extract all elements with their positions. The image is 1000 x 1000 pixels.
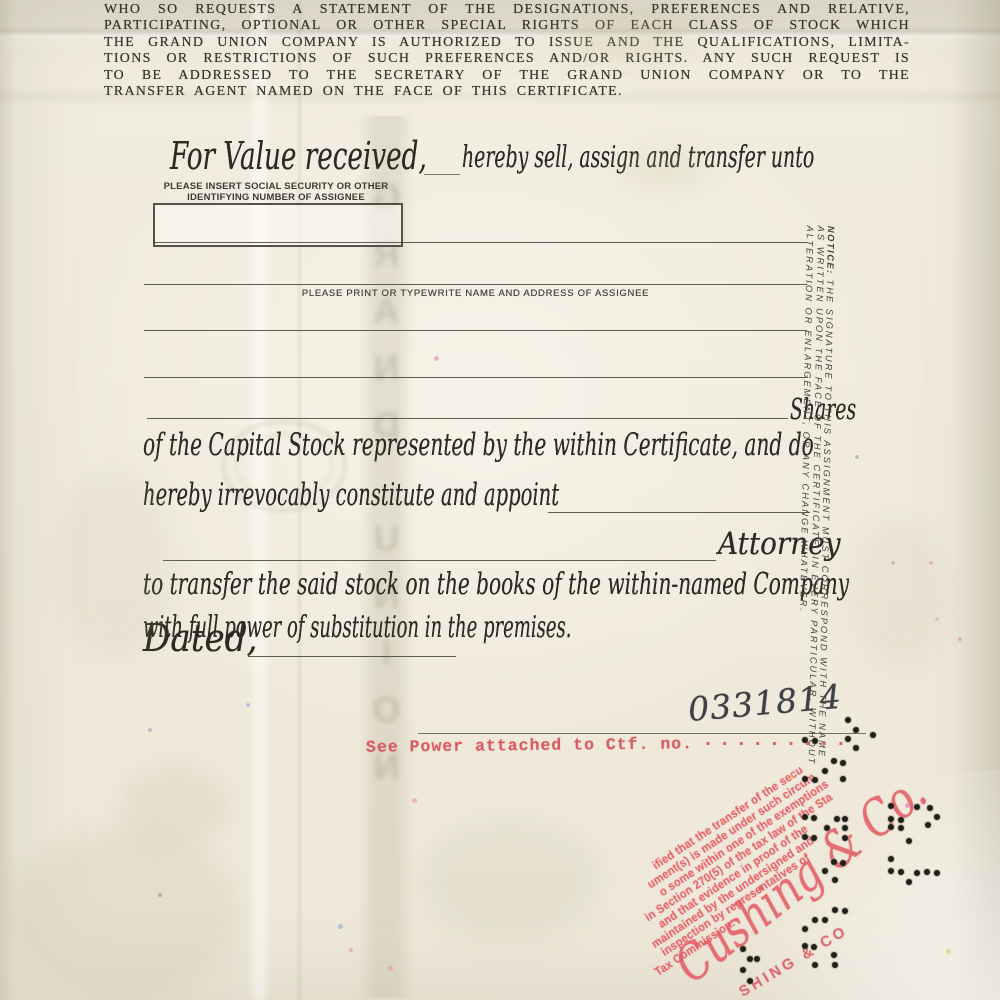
ssn-instruction: PLEASE INSERT SOCIAL SECURITY OR OTHER I… [150, 181, 402, 203]
paper-stain [60, 470, 170, 660]
attorney-write-in-line [163, 560, 716, 561]
punch-hole [840, 760, 846, 766]
punch-hole [812, 962, 818, 968]
paper-speck [412, 798, 417, 803]
paper-speck [946, 949, 951, 954]
punch-hole [906, 838, 912, 844]
write-in-line-4 [144, 377, 807, 378]
paper-speck [958, 637, 962, 641]
punch-hole [754, 956, 760, 962]
punch-hole [831, 952, 837, 958]
paper-stain [10, 830, 240, 1000]
punch-hole [802, 814, 808, 820]
transfer-books-script: to transfer the said stock on the books … [143, 567, 849, 602]
ssn-instruction-line1: PLEASE INSERT SOCIAL SECURITY OR OTHER [150, 181, 402, 192]
punch-hole [832, 962, 838, 968]
punch-hole [898, 825, 904, 831]
left-edge-shadow [0, 0, 16, 1000]
punch-hole [740, 946, 746, 952]
punch-hole [824, 825, 830, 831]
certificate-reverse-page: GRAND UNION WHO SO REQUESTS A STATEMENT … [0, 0, 1000, 1000]
punch-hole [802, 737, 808, 743]
paper-speck [790, 775, 794, 779]
punch-hole [831, 758, 837, 764]
notice-label: NOTICE: [825, 226, 836, 275]
paper-speck [388, 966, 393, 971]
legal-line: PARTICIPATING, OPTIONAL OR OTHER SPECIAL… [104, 18, 910, 34]
punch-hole [906, 879, 912, 885]
legal-line: TIONS OR RESTRICTIONS OF SUCH PREFERENCE… [104, 51, 910, 67]
punch-hole [802, 776, 808, 782]
punch-hole [811, 815, 817, 821]
punch-hole [802, 834, 808, 840]
shares-line [147, 418, 788, 419]
write-in-line-3 [144, 330, 807, 331]
write-in-line-1 [153, 242, 807, 243]
punch-hole [888, 803, 894, 809]
punch-hole [822, 768, 828, 774]
assignee-instruction: PLEASE PRINT OR TYPEWRITE NAME AND ADDRE… [144, 288, 807, 299]
punch-hole [914, 870, 920, 876]
punch-hole [934, 814, 940, 820]
punch-hole [898, 869, 904, 875]
paper-stain [420, 820, 600, 940]
punch-hole [888, 816, 894, 822]
legal-line: WHO SO REQUESTS A STATEMENT OF THE DESIG… [104, 2, 910, 18]
punch-hole [842, 908, 848, 914]
punch-hole [802, 926, 808, 932]
punch-hole [842, 825, 848, 831]
paper-stain [560, 15, 690, 60]
punch-hole [914, 804, 920, 810]
punch-hole [834, 816, 840, 822]
ssn-instruction-line2: IDENTIFYING NUMBER OF ASSIGNEE [150, 192, 402, 203]
punch-hole [740, 967, 746, 973]
punch-hole [845, 717, 851, 723]
paper-stain [120, 765, 230, 845]
paper-stain [620, 150, 710, 190]
capital-stock-script: of the Capital Stock represented by the … [143, 427, 814, 463]
punch-hole [747, 978, 753, 984]
punch-hole [888, 824, 894, 830]
legal-notice-paragraph: WHO SO REQUESTS A STATEMENT OF THE DESIG… [104, 2, 910, 101]
paper-speck [434, 356, 439, 361]
paper-speck [905, 803, 910, 808]
paper-speck [148, 728, 152, 732]
write-in-line-2 [144, 284, 807, 285]
paper-speck [338, 924, 343, 929]
legal-line: TRANSFER AGENT NAMED ON THE FACE OF THIS… [104, 84, 910, 100]
punch-hole [925, 822, 931, 828]
paper-speck [246, 703, 250, 707]
punch-hole [927, 805, 933, 811]
punch-hole [924, 869, 930, 875]
punch-hole [840, 860, 846, 866]
punch-hole [831, 859, 837, 865]
legal-line: TO BE ADDRESSED TO THE SECRETARY OF THE … [104, 68, 910, 84]
punch-hole [853, 727, 859, 733]
punch-hole [822, 917, 828, 923]
punch-hole [888, 856, 894, 862]
appoint-script: hereby irrevocably constitute and appoin… [143, 477, 559, 513]
see-power-stamp: See Power attached to Ctf. no. [366, 734, 693, 756]
punch-hole [934, 870, 940, 876]
for-value-received-script: For Value received, [170, 134, 427, 178]
punch-hole [853, 745, 859, 751]
punch-hole [870, 732, 876, 738]
ghost-print-band: GRAND UNION [358, 116, 414, 998]
punch-hole [812, 777, 818, 783]
right-edge-shadow [952, 0, 1000, 1000]
punch-hole [842, 835, 848, 841]
punch-hole [840, 776, 846, 782]
dated-script: Dated, [143, 616, 258, 660]
punch-hole [812, 917, 818, 923]
punch-hole [811, 944, 817, 950]
paper-speck [349, 948, 353, 952]
punch-hole [812, 738, 818, 744]
punch-hole [822, 868, 828, 874]
punch-hole [898, 817, 904, 823]
punch-hole [802, 943, 808, 949]
ssn-box [153, 203, 403, 247]
punch-hole [832, 877, 838, 883]
punch-hole [845, 736, 851, 742]
paper-stain [855, 520, 945, 670]
paper-speck [855, 455, 859, 459]
dated-write-in-line [248, 656, 456, 657]
punch-hole [832, 907, 838, 913]
assignor-gap-line [424, 174, 460, 175]
punch-hole [811, 835, 817, 841]
punch-hole [842, 816, 848, 822]
appoint-write-in-line [548, 512, 810, 513]
legal-line: THE GRAND UNION COMPANY IS AUTHORIZED TO… [104, 35, 910, 51]
punch-hole [747, 956, 753, 962]
punch-hole [888, 868, 894, 874]
